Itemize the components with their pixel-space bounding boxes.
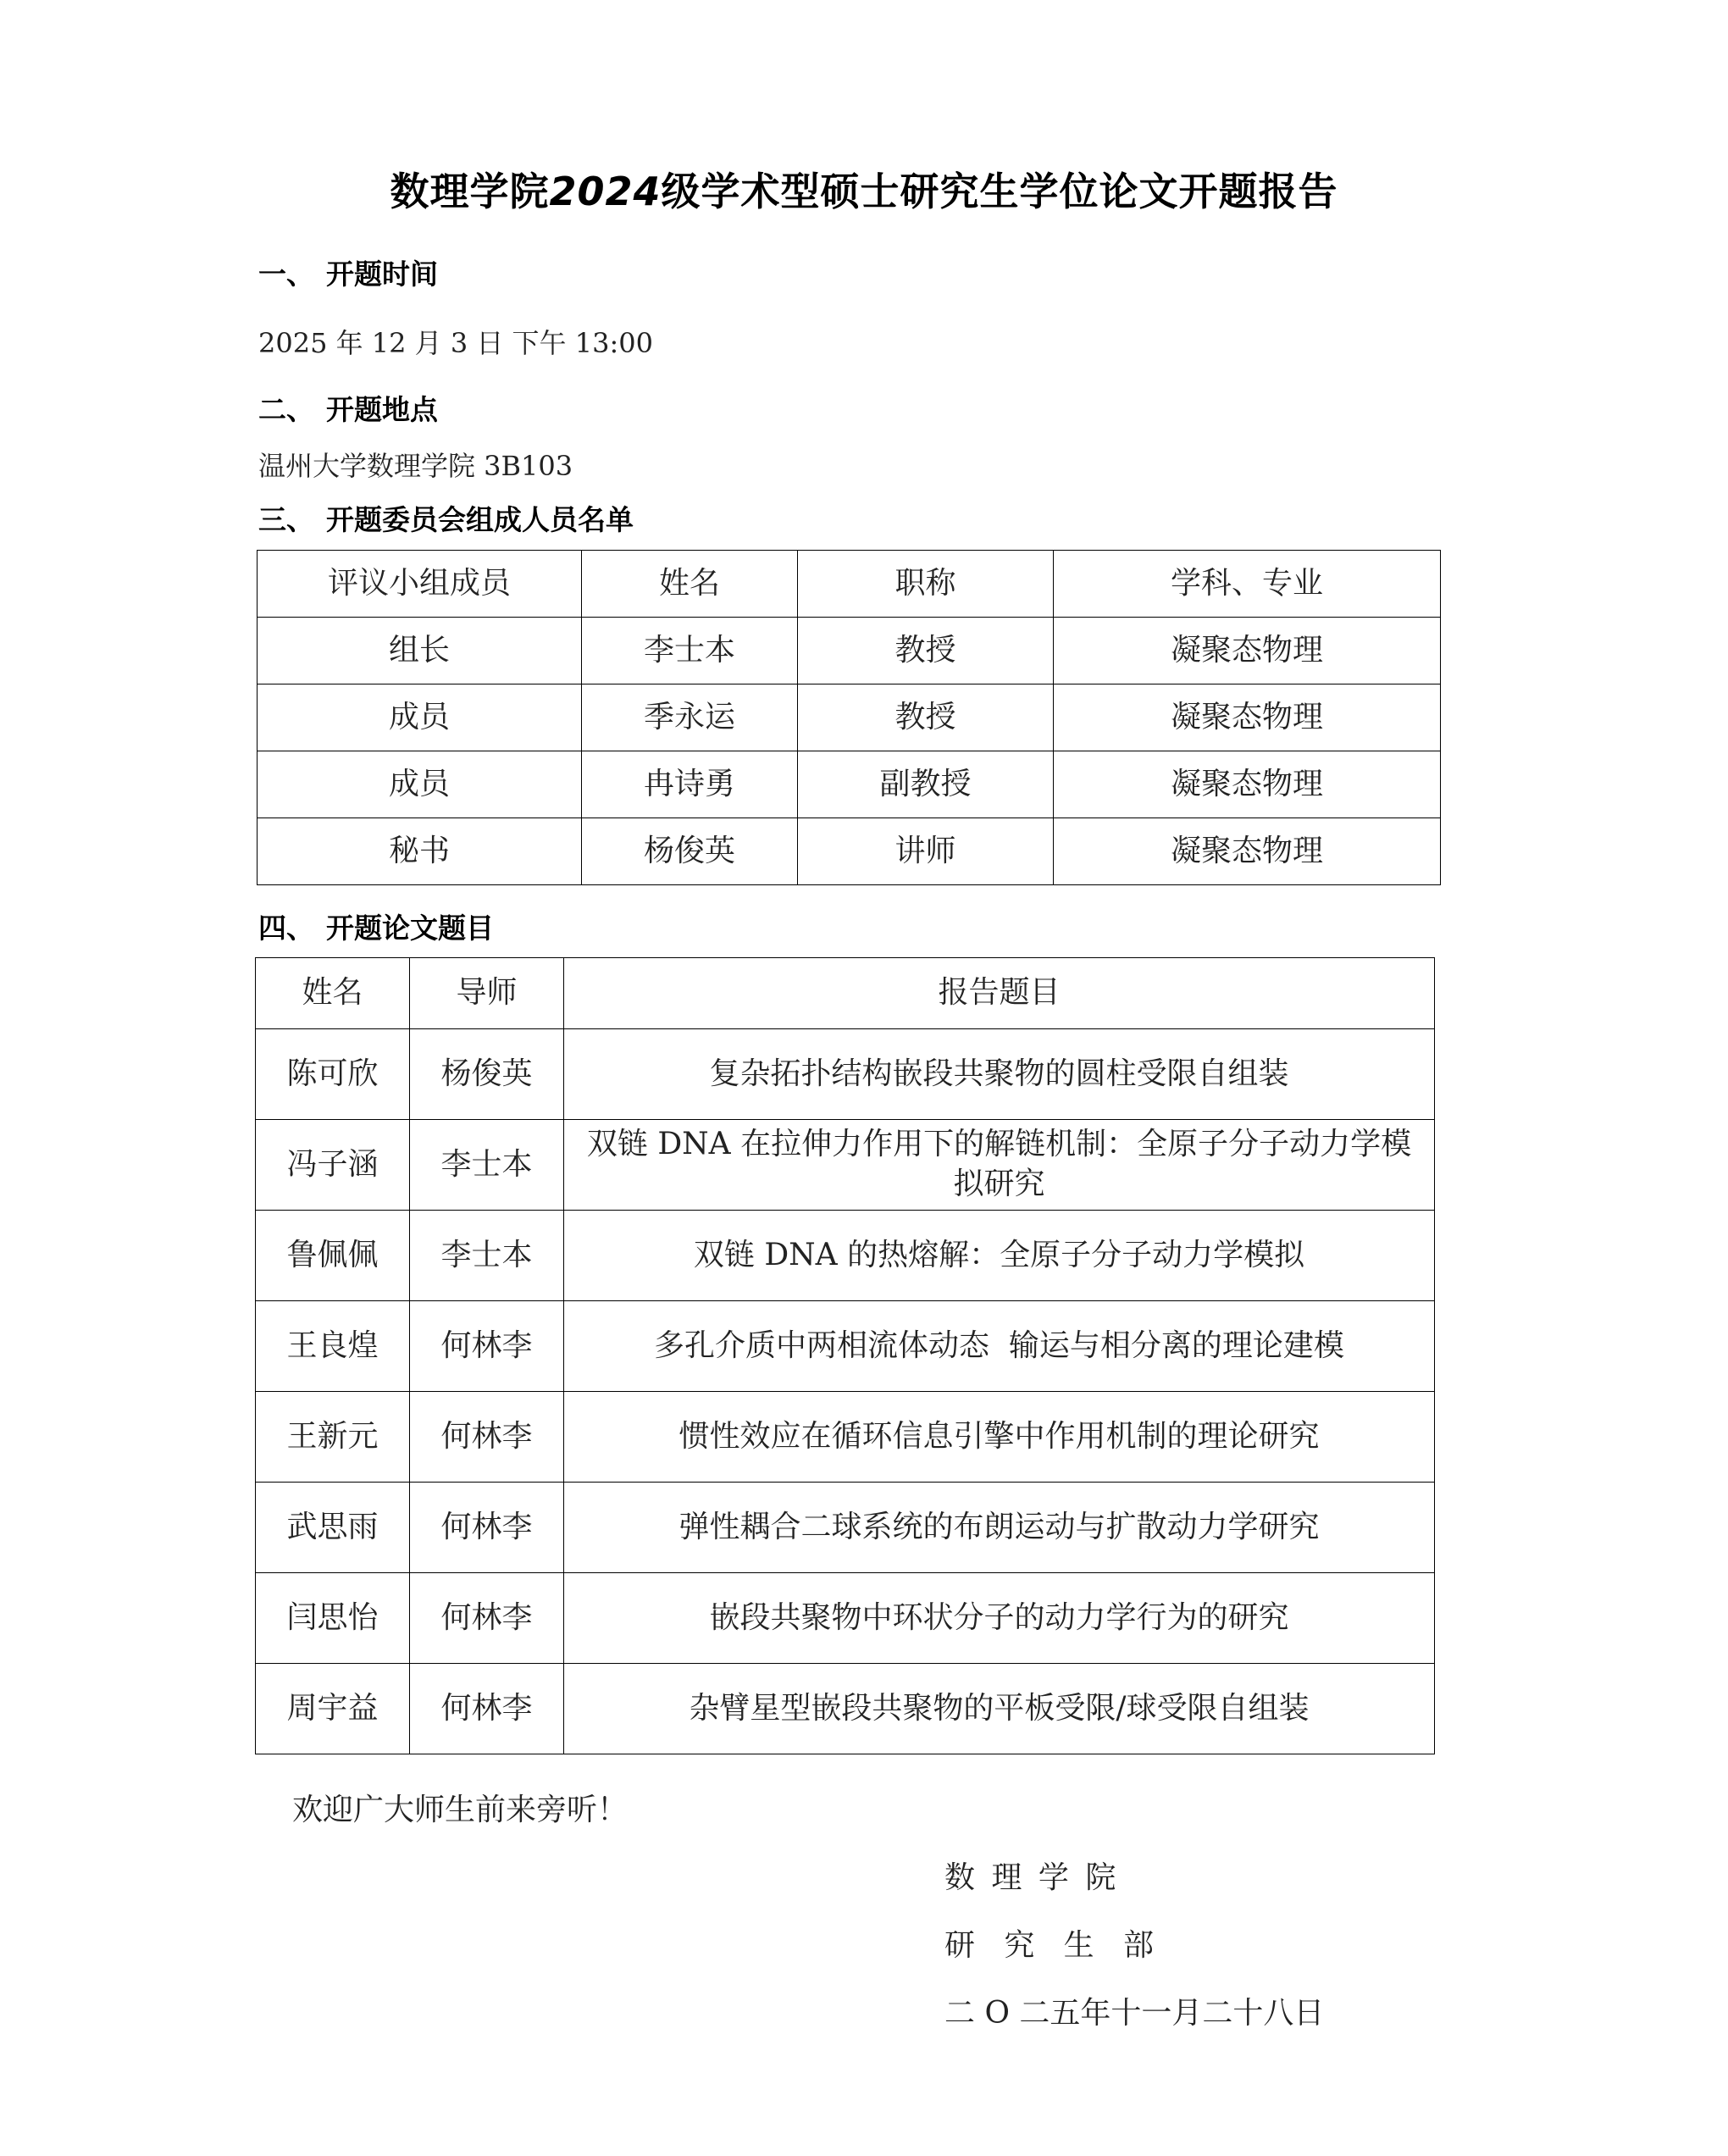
cell-student: 鲁佩佩	[256, 1211, 410, 1301]
cell-student: 武思雨	[256, 1483, 410, 1573]
cell-name: 季永运	[582, 684, 798, 751]
cell-topic: 双链 DNA 在拉伸力作用下的解链机制：全原子分子动力学模拟研究	[564, 1120, 1435, 1211]
cell-student: 周宇益	[256, 1664, 410, 1754]
cell-title: 讲师	[798, 818, 1054, 885]
section-label: 开题时间	[326, 258, 438, 291]
welcome-note: 欢迎广大师生前来旁听！	[292, 1786, 628, 1829]
cell-name: 杨俊英	[582, 818, 798, 885]
section-heading-thesis: 四、开题论文题目	[258, 906, 494, 946]
header-advisor: 导师	[410, 958, 564, 1029]
cell-topic: 杂臂星型嵌段共聚物的平板受限/球受限自组装	[564, 1664, 1435, 1754]
cell-student: 闫思怡	[256, 1573, 410, 1664]
cell-title: 教授	[798, 618, 1054, 684]
signature-date: 二 O 二五年十一月二十八日	[944, 1989, 1324, 2032]
section-label: 开题论文题目	[326, 912, 494, 945]
cell-topic: 惯性效应在循环信息引擎中作用机制的理论研究	[564, 1392, 1435, 1483]
title-suffix: 级学术型硕士研究生学位论文开题报告	[662, 169, 1338, 214]
cell-topic: 双链 DNA 的热熔解：全原子分子动力学模拟	[564, 1211, 1435, 1301]
thesis-table: 姓名 导师 报告题目 陈可欣 杨俊英 复杂拓扑结构嵌段共聚物的圆柱受限自组装 冯…	[255, 957, 1435, 1754]
page-title: 数理学院2024级学术型硕士研究生学位论文开题报告	[0, 161, 1728, 217]
header-topic: 报告题目	[564, 958, 1435, 1029]
cell-advisor: 李士本	[410, 1211, 564, 1301]
cell-topic: 复杂拓扑结构嵌段共聚物的圆柱受限自组装	[564, 1029, 1435, 1120]
table-row: 周宇益 何林李 杂臂星型嵌段共聚物的平板受限/球受限自组装	[256, 1664, 1435, 1754]
header-name: 姓名	[582, 551, 798, 618]
cell-student: 王新元	[256, 1392, 410, 1483]
cell-advisor: 李士本	[410, 1120, 564, 1211]
header-discipline: 学科、专业	[1054, 551, 1441, 618]
section-heading-location: 二、开题地点	[258, 388, 438, 428]
section-label: 开题地点	[326, 393, 438, 426]
section-heading-time: 一、开题时间	[258, 252, 438, 292]
cell-role: 成员	[258, 751, 582, 818]
cell-topic: 弹性耦合二球系统的布朗运动与扩散动力学研究	[564, 1483, 1435, 1573]
defense-location: 温州大学数理学院 3B103	[258, 445, 573, 484]
cell-advisor: 何林李	[410, 1664, 564, 1754]
table-row: 组长 李士本 教授 凝聚态物理	[258, 618, 1441, 684]
cell-role: 成员	[258, 684, 582, 751]
defense-time: 2025 年 12 月 3 日 下午 13:00	[258, 322, 653, 361]
cell-discipline: 凝聚态物理	[1054, 618, 1441, 684]
cell-advisor: 何林李	[410, 1573, 564, 1664]
table-row: 冯子涵 李士本 双链 DNA 在拉伸力作用下的解链机制：全原子分子动力学模拟研究	[256, 1120, 1435, 1211]
thesis-header-row: 姓名 导师 报告题目	[256, 958, 1435, 1029]
table-row: 王良煌 何林李 多孔介质中两相流体动态 输运与相分离的理论建模	[256, 1301, 1435, 1392]
committee-table: 评议小组成员 姓名 职称 学科、专业 组长 李士本 教授 凝聚态物理 成员 季永…	[257, 550, 1441, 885]
section-number: 四、	[258, 906, 326, 946]
header-title: 职称	[798, 551, 1054, 618]
section-number: 一、	[258, 252, 326, 292]
cell-advisor: 何林李	[410, 1392, 564, 1483]
section-number: 三、	[258, 498, 326, 538]
signature-college: 数 理 学 院	[944, 1854, 1119, 1897]
cell-discipline: 凝聚态物理	[1054, 818, 1441, 885]
header-student: 姓名	[256, 958, 410, 1029]
committee-header-row: 评议小组成员 姓名 职称 学科、专业	[258, 551, 1441, 618]
table-row: 王新元 何林李 惯性效应在循环信息引擎中作用机制的理论研究	[256, 1392, 1435, 1483]
cell-discipline: 凝聚态物理	[1054, 751, 1441, 818]
table-row: 武思雨 何林李 弹性耦合二球系统的布朗运动与扩散动力学研究	[256, 1483, 1435, 1573]
section-number: 二、	[258, 388, 326, 428]
table-row: 成员 季永运 教授 凝聚态物理	[258, 684, 1441, 751]
cell-title: 副教授	[798, 751, 1054, 818]
cell-title: 教授	[798, 684, 1054, 751]
cell-topic: 嵌段共聚物中环状分子的动力学行为的研究	[564, 1573, 1435, 1664]
cell-name: 冉诗勇	[582, 751, 798, 818]
signature-department: 研 究 生 部	[944, 1921, 1154, 1965]
cell-topic: 多孔介质中两相流体动态 输运与相分离的理论建模	[564, 1301, 1435, 1392]
title-year: 2024	[549, 169, 661, 214]
table-row: 闫思怡 何林李 嵌段共聚物中环状分子的动力学行为的研究	[256, 1573, 1435, 1664]
header-role: 评议小组成员	[258, 551, 582, 618]
cell-advisor: 何林李	[410, 1483, 564, 1573]
cell-advisor: 何林李	[410, 1301, 564, 1392]
cell-advisor: 杨俊英	[410, 1029, 564, 1120]
cell-student: 陈可欣	[256, 1029, 410, 1120]
cell-discipline: 凝聚态物理	[1054, 684, 1441, 751]
table-row: 鲁佩佩 李士本 双链 DNA 的热熔解：全原子分子动力学模拟	[256, 1211, 1435, 1301]
table-row: 成员 冉诗勇 副教授 凝聚态物理	[258, 751, 1441, 818]
table-row: 陈可欣 杨俊英 复杂拓扑结构嵌段共聚物的圆柱受限自组装	[256, 1029, 1435, 1120]
table-row: 秘书 杨俊英 讲师 凝聚态物理	[258, 818, 1441, 885]
cell-student: 王良煌	[256, 1301, 410, 1392]
cell-name: 李士本	[582, 618, 798, 684]
title-prefix: 数理学院	[390, 169, 549, 214]
cell-role: 组长	[258, 618, 582, 684]
section-label: 开题委员会组成人员名单	[326, 503, 634, 536]
cell-role: 秘书	[258, 818, 582, 885]
cell-student: 冯子涵	[256, 1120, 410, 1211]
section-heading-committee: 三、开题委员会组成人员名单	[258, 498, 634, 538]
